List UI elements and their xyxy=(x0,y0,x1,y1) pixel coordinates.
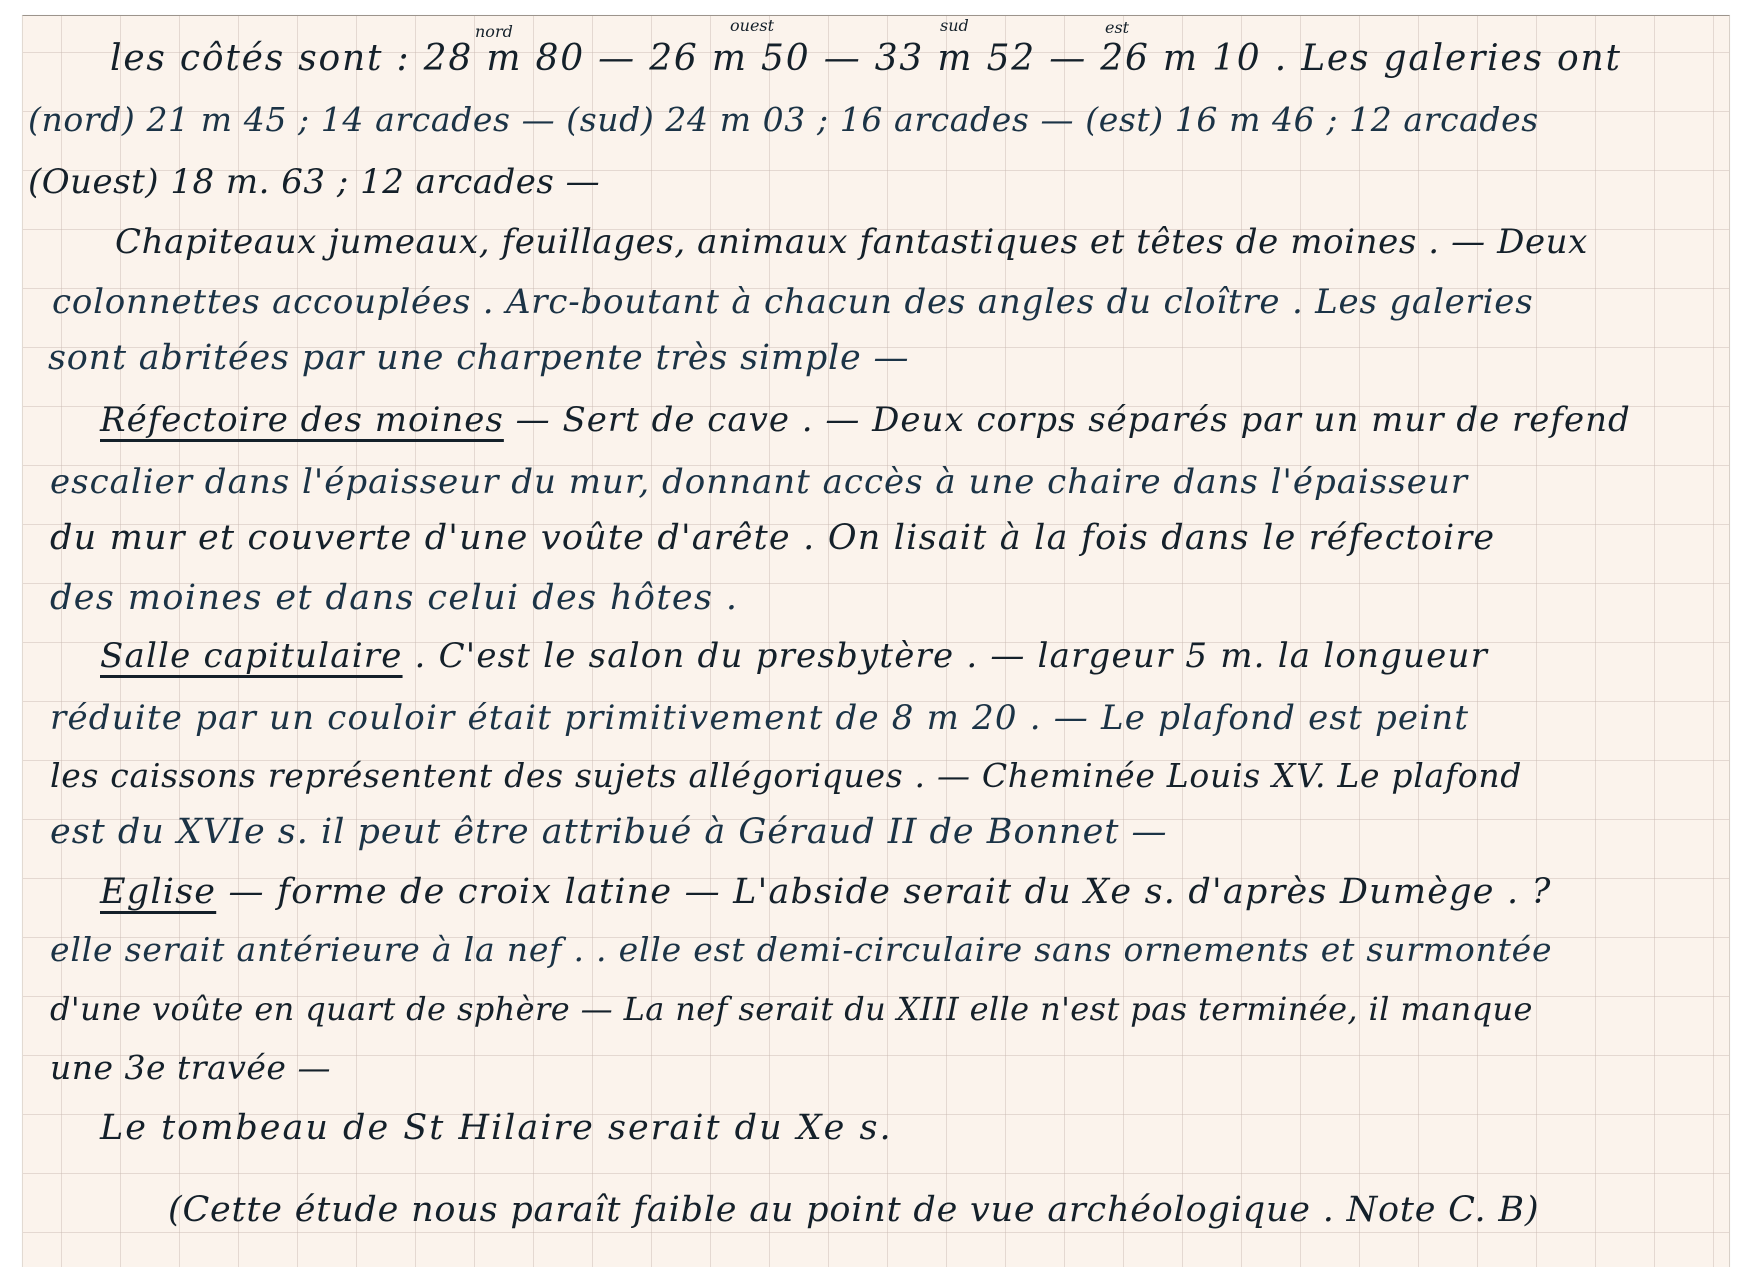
text-line: elle serait antérieure à la nef . . elle… xyxy=(50,930,1552,969)
text-line: réduite par un couloir était primitiveme… xyxy=(50,698,1469,738)
heading-eglise: Eglise xyxy=(100,872,216,912)
text-line: Chapiteaux jumeaux, feuillages, animaux … xyxy=(115,222,1588,262)
text-line: (Ouest) 18 m. 63 ; 12 arcades — xyxy=(28,162,600,202)
text-line: sont abritées par une charpente très sim… xyxy=(48,338,909,378)
text-line: d'une voûte en quart de sphère — La nef … xyxy=(50,990,1533,1028)
text-line: colonnettes accouplées . Arc-boutant à c… xyxy=(52,282,1533,322)
text-line: est du XVIe s. il peut être attribué à G… xyxy=(50,812,1168,852)
section-text: — Sert de cave . — Deux corps séparés pa… xyxy=(504,400,1631,440)
text-line: du mur et couverte d'une voûte d'arête .… xyxy=(50,518,1495,558)
section-text: — forme de croix latine — L'abside serai… xyxy=(216,872,1551,912)
annotation-ouest: ouest xyxy=(730,16,774,35)
section-refectoire: Réfectoire des moines — Sert de cave . —… xyxy=(100,400,1631,440)
section-eglise: Eglise — forme de croix latine — L'absid… xyxy=(100,872,1552,912)
text-line: les côtés sont : 28 m 80 — 26 m 50 — 33 … xyxy=(110,38,1622,79)
editor-note: (Cette étude nous paraît faible au point… xyxy=(168,1190,1539,1230)
heading-salle-capitulaire: Salle capitulaire xyxy=(100,636,403,676)
text-line: une 3e travée — xyxy=(50,1048,331,1087)
text-line: les caissons représentent des sujets all… xyxy=(50,756,1522,795)
annotation-sud: sud xyxy=(940,16,969,35)
heading-refectoire: Réfectoire des moines xyxy=(100,400,504,440)
text-line: des moines et dans celui des hôtes . xyxy=(50,578,738,618)
section-text: . C'est le salon du presbytère . — large… xyxy=(403,636,1488,676)
annotation-est: est xyxy=(1105,18,1129,37)
text-line: (nord) 21 m 45 ; 14 arcades — (sud) 24 m… xyxy=(28,100,1539,139)
text-line: Le tombeau de St Hilaire serait du Xe s. xyxy=(100,1108,893,1148)
section-salle-capitulaire: Salle capitulaire . C'est le salon du pr… xyxy=(100,636,1488,676)
text-line: escalier dans l'épaisseur du mur, donnan… xyxy=(50,462,1468,502)
